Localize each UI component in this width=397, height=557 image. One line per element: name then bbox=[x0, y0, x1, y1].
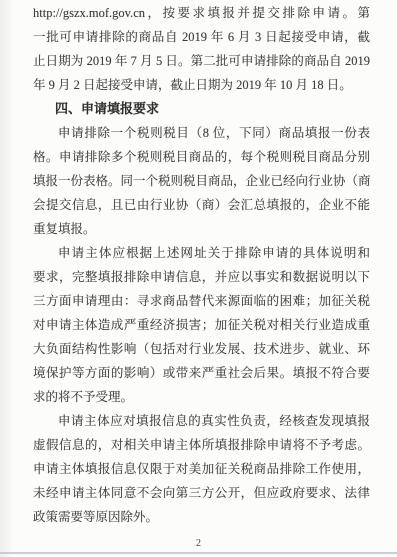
page-number: 2 bbox=[0, 538, 397, 549]
text-line: 申请排除一个税则税目（8 位，下同）商品填报一份表 bbox=[33, 121, 370, 145]
text-line: 填报一份表格。同一个税则税目商品，企业已经向行业协（商） bbox=[33, 169, 370, 193]
form-requirements-paragraph: 申请排除一个税则税目（8 位，下同）商品填报一份表 格。申请排除多个税则税目商品… bbox=[33, 121, 370, 241]
text-line: 格。申请排除多个税则税目商品的，每个税则税目商品分别 bbox=[33, 145, 370, 169]
page-bottom-divider bbox=[0, 552, 397, 554]
document-page: http://gszx.mof.gov.cn，按要求填报并提交排除申请。第 一批… bbox=[0, 0, 397, 557]
section-heading: 四、申请填报要求 bbox=[33, 97, 370, 121]
text-line: 申请主体填报信息仅限于对美加征关税商品排除工作使用， bbox=[33, 457, 370, 481]
text-line: 未经申请主体同意不会向第三方公开，但应政府要求、法律 bbox=[33, 481, 370, 505]
document-body: http://gszx.mof.gov.cn，按要求填报并提交排除申请。第 一批… bbox=[33, 1, 370, 529]
information-integrity-paragraph: 申请主体应对填报信息的真实性负责，经核查发现填报 虚假信息的，对相关申请主体所填… bbox=[33, 409, 370, 529]
application-reasons-paragraph: 申请主体应根据上述网址关于排除申请的具体说明和 要求，完整填报排除申请信息，并应… bbox=[33, 241, 370, 409]
text-line: 止日期为 2019 年 7 月 5 日。第二批可申请排除的商品自 2019 bbox=[33, 49, 370, 73]
intro-paragraph: http://gszx.mof.gov.cn，按要求填报并提交排除申请。第 一批… bbox=[33, 1, 370, 97]
text-line: 重复填报。 bbox=[33, 217, 370, 241]
text-line: 境保护等方面的影响）或带来严重社会后果。填报不符合要 bbox=[33, 361, 370, 385]
text-line: 三方面申请理由：寻求商品替代来源面临的困难；加征关税 bbox=[33, 289, 370, 313]
text-line: 大负面结构性影响（包括对行业发展、技术进步、就业、环 bbox=[33, 337, 370, 361]
text-line: 政策需要等原因除外。 bbox=[33, 505, 370, 529]
text-line: 一批可申请排除的商品自 2019 年 6 月 3 日起接受申请，截 bbox=[33, 25, 370, 49]
text-line: 对申请主体造成严重经济损害；加征关税对相关行业造成重 bbox=[33, 313, 370, 337]
text-line: 求的将不予受理。 bbox=[33, 385, 370, 409]
text-line: 申请主体应对填报信息的真实性负责，经核查发现填报 bbox=[33, 409, 370, 433]
text-line: 会提交信息，且已由行业协（商）会汇总填报的，企业不能 bbox=[33, 193, 370, 217]
text-line: 要求，完整填报排除申请信息，并应以事实和数据说明以下 bbox=[33, 265, 370, 289]
text-line: 虚假信息的，对相关申请主体所填报排除申请将不予考虑。 bbox=[33, 433, 370, 457]
text-line: 年 9 月 2 日起接受申请，截止日期为 2019 年 10 月 18 日。 bbox=[33, 73, 370, 97]
text-line: 申请主体应根据上述网址关于排除申请的具体说明和 bbox=[33, 241, 370, 265]
text-line: http://gszx.mof.gov.cn，按要求填报并提交排除申请。第 bbox=[33, 1, 370, 25]
